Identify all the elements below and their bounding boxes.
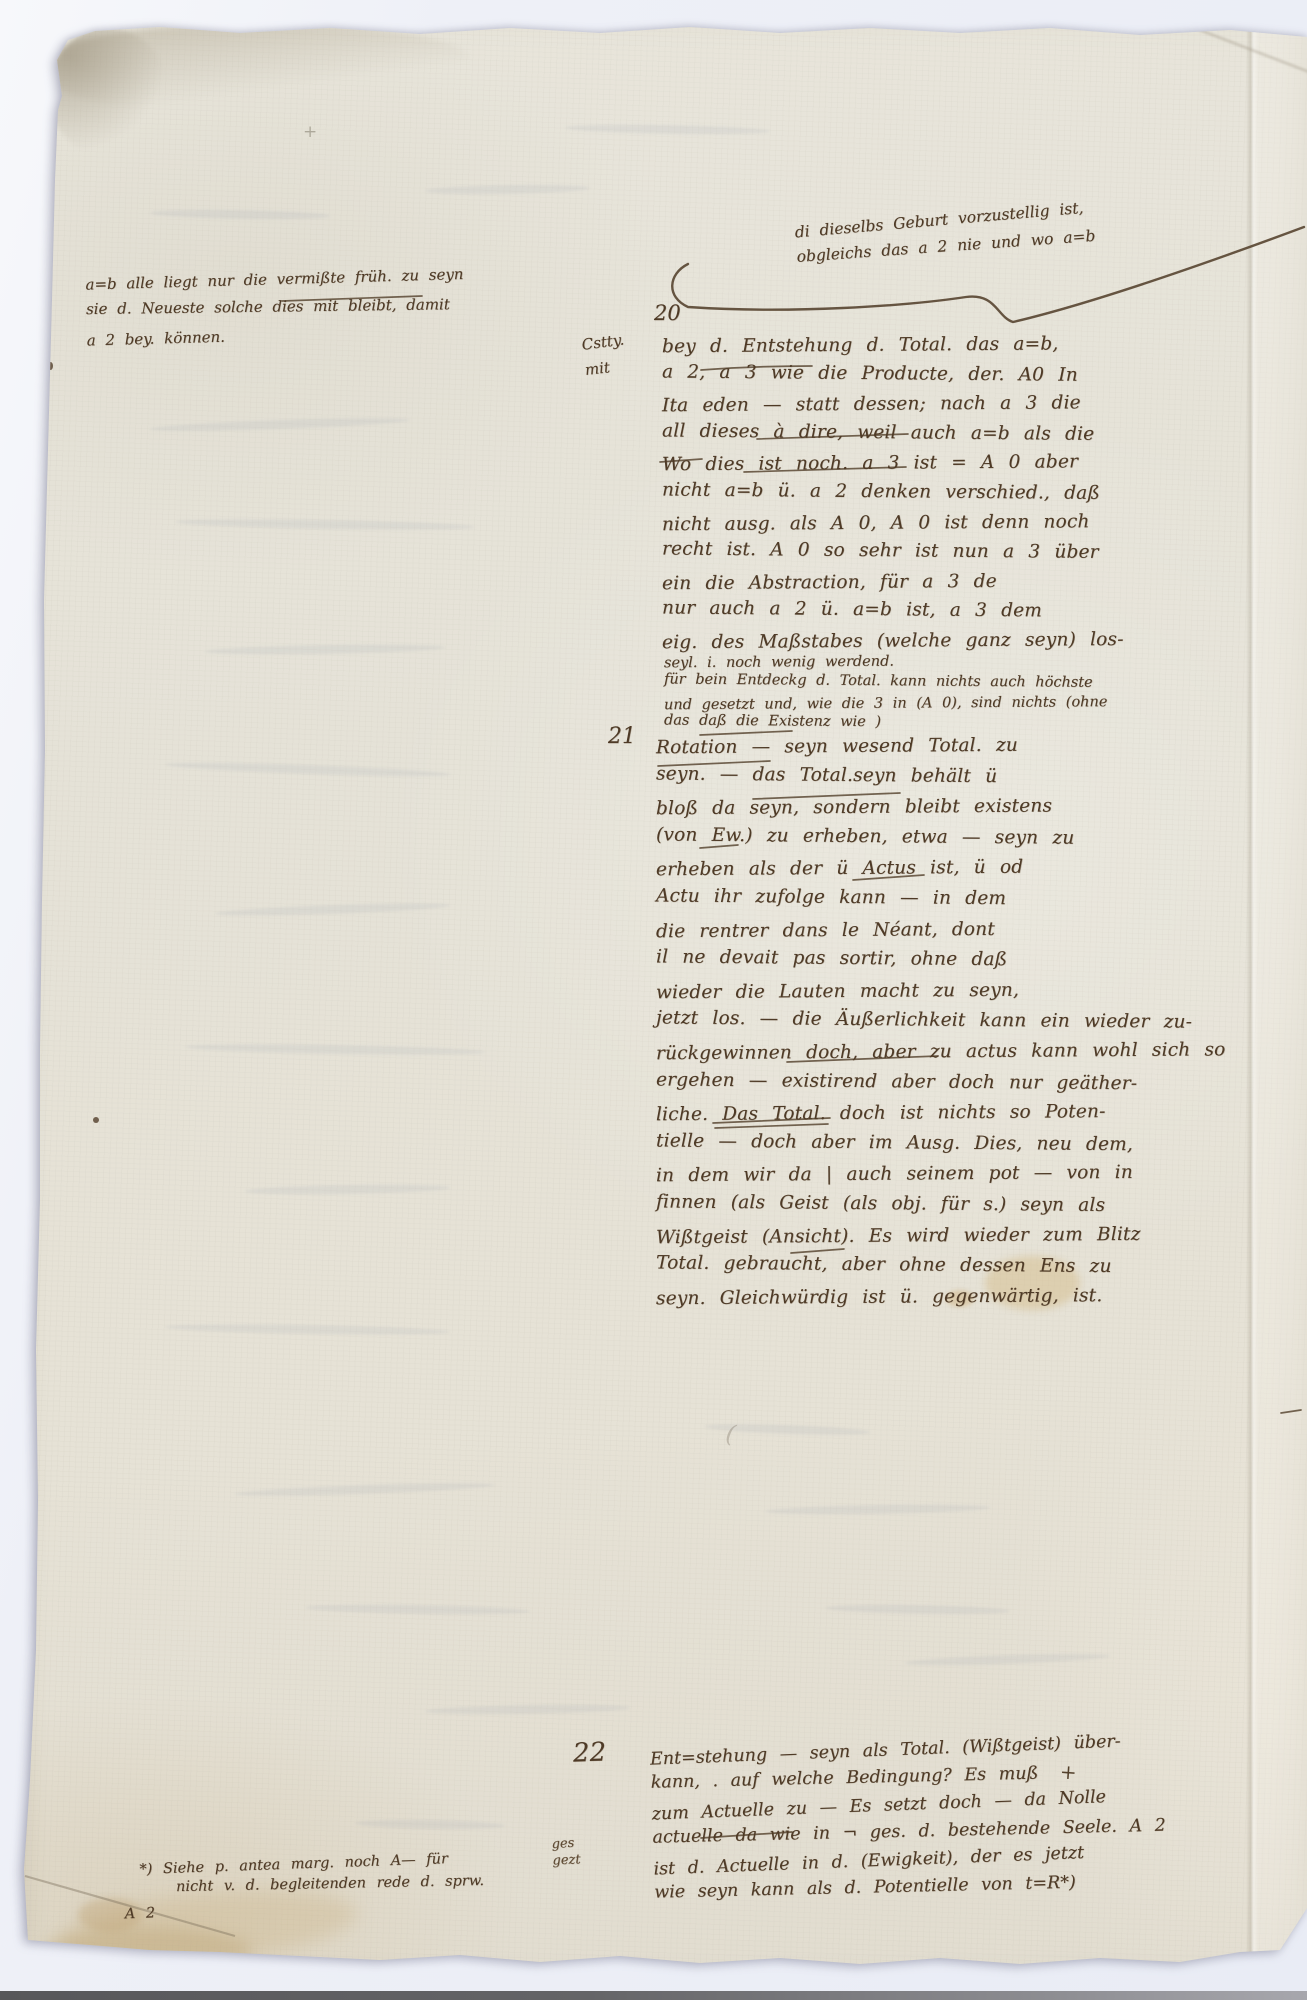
handwriting-line: nur auch a 2 ü. a=b ist, a 3 dem [662,594,1307,629]
handwriting-line: recht ist. A 0 so sehr ist nun a 3 über [662,535,1307,570]
paragraph-22-number: 22 [572,1737,606,1768]
margin-note: a=b alle liegt nur die vermißte früh. zu… [85,259,557,353]
paragraph-20-text: bey d. Entstehung d. Total. das a=b,a 2,… [662,330,1307,656]
handwriting-line: il ne devait pas sortir, ohne daß [656,943,1306,979]
handwriting-line: ergehen — existirend aber doch nur geäth… [656,1065,1306,1101]
handwriting-line: Actu ihr zufolge kann — in dem [656,881,1306,917]
handwriting-line: Wißtgeist (Ansicht). Es wird wieder zum … [656,1218,1306,1253]
handwriting-line: Rotation — seyn wesend Total. zu [656,729,1306,764]
handwriting-line: finnen (als Geist (als obj. für s.) seyn… [656,1187,1306,1223]
handwriting-line: bey d. Entstehung d. Total. das a=b, [662,328,1307,362]
handwriting-line: liche. Das Total. doch ist nichts so Pot… [656,1096,1306,1131]
insertion-plus-mark: + [1059,1759,1077,1784]
handwriting-line: in dem wir da | auch seinem pot — von in [656,1157,1306,1192]
handwriting-line: seyn. Gleichwürdig ist ü. gegenwärtig, i… [656,1279,1306,1314]
paragraph-20-addendum: seyl. i. noch wenig werdend.für bein Ent… [664,651,1307,734]
handwriting-line: Wo dies ist noch. a 3 ist = A 0 aber [662,446,1307,480]
scanned-manuscript-page: a=b alle liegt nur die vermißte früh. zu… [0,0,1307,2000]
handwriting-line: rückgewinnen doch, aber zu actus kann wo… [656,1035,1306,1070]
paragraph-20-number: 20 [654,301,681,325]
faint-plus-mark: + [303,122,317,142]
handwriting-line: Total. gebraucht, aber ohne dessen Ens z… [656,1249,1306,1285]
paragraph-22-text: Ent=stehung — seyn als Total. (Wißtgeist… [650,1724,1307,1909]
handwriting-line: Ita eden — statt dessen; nach a 3 die [662,387,1307,421]
paragraph-21-number: 21 [608,724,636,749]
handwriting-line: bloß da seyn, sondern bleibt existens [656,790,1306,825]
handwriting-line: die rentrer dans le Néant, dont [656,912,1306,947]
handwriting-line: nicht a=b ü. a 2 denken verschied., daß [662,475,1307,510]
handwriting-line: erheben als der ü Actus ist, ü od [656,851,1306,886]
paragraph-21-text: Rotation — seyn wesend Total. zuseyn. — … [656,731,1306,1312]
handwriting-line: jetzt los. — die Äußerlichkeit kann ein … [656,1004,1306,1040]
handwriting-line: seyn. — das Total.seyn behält ü [656,759,1306,795]
